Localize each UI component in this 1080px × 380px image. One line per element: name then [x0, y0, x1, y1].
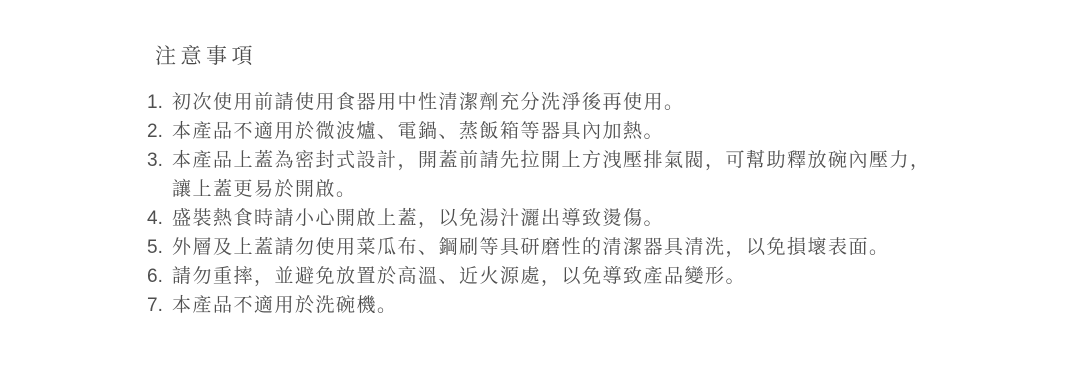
notice-item-5: 5. 外層及上蓋請勿使用菜瓜布、鋼刷等具研磨性的清潔器具清洗，以免損壞表面。	[147, 233, 1027, 262]
notice-list: 1. 初次使用前請使用食器用中性清潔劑充分洗淨後再使用。 2. 本產品不適用於微…	[147, 88, 1027, 320]
notice-item-number: 3.	[147, 146, 163, 175]
notice-item-number: 1.	[147, 88, 163, 117]
notice-item-text: 本產品不適用於微波爐、電鍋、蒸飯箱等器具內加熱。	[172, 117, 1027, 146]
notice-item-text: 本產品不適用於洗碗機。	[172, 291, 1027, 320]
notice-item-number: 6.	[147, 262, 163, 291]
notice-item-3: 3. 本產品上蓋為密封式設計，開蓋前請先拉開上方洩壓排氣閥，可幫助釋放碗內壓力，…	[147, 146, 1027, 204]
notice-item-text: 本產品上蓋為密封式設計，開蓋前請先拉開上方洩壓排氣閥，可幫助釋放碗內壓力，	[172, 146, 1027, 175]
notice-item-text-continued: 讓上蓋更易於開啟。	[172, 175, 1027, 204]
notice-item-7: 7. 本產品不適用於洗碗機。	[147, 291, 1027, 320]
notice-item-number: 7.	[147, 291, 163, 320]
notice-title: 注意事項	[155, 44, 1027, 70]
notice-item-number: 2.	[147, 117, 163, 146]
notice-item-number: 5.	[147, 233, 163, 262]
notice-item-number: 4.	[147, 204, 163, 233]
notice-item-1: 1. 初次使用前請使用食器用中性清潔劑充分洗淨後再使用。	[147, 88, 1027, 117]
notice-item-text: 初次使用前請使用食器用中性清潔劑充分洗淨後再使用。	[172, 88, 1027, 117]
notice-item-4: 4. 盛裝熱食時請小心開啟上蓋，以免湯汁灑出導致燙傷。	[147, 204, 1027, 233]
notice-item-text: 盛裝熱食時請小心開啟上蓋，以免湯汁灑出導致燙傷。	[172, 204, 1027, 233]
notice-item-text: 外層及上蓋請勿使用菜瓜布、鋼刷等具研磨性的清潔器具清洗，以免損壞表面。	[172, 233, 1027, 262]
notice-section: 注意事項 1. 初次使用前請使用食器用中性清潔劑充分洗淨後再使用。 2. 本產品…	[147, 44, 1027, 320]
notice-item-6: 6. 請勿重摔，並避免放置於高溫、近火源處，以免導致產品變形。	[147, 262, 1027, 291]
notice-item-2: 2. 本產品不適用於微波爐、電鍋、蒸飯箱等器具內加熱。	[147, 117, 1027, 146]
product-notice-page: 注意事項 1. 初次使用前請使用食器用中性清潔劑充分洗淨後再使用。 2. 本產品…	[0, 0, 1080, 380]
notice-item-text: 請勿重摔，並避免放置於高溫、近火源處，以免導致產品變形。	[172, 262, 1027, 291]
